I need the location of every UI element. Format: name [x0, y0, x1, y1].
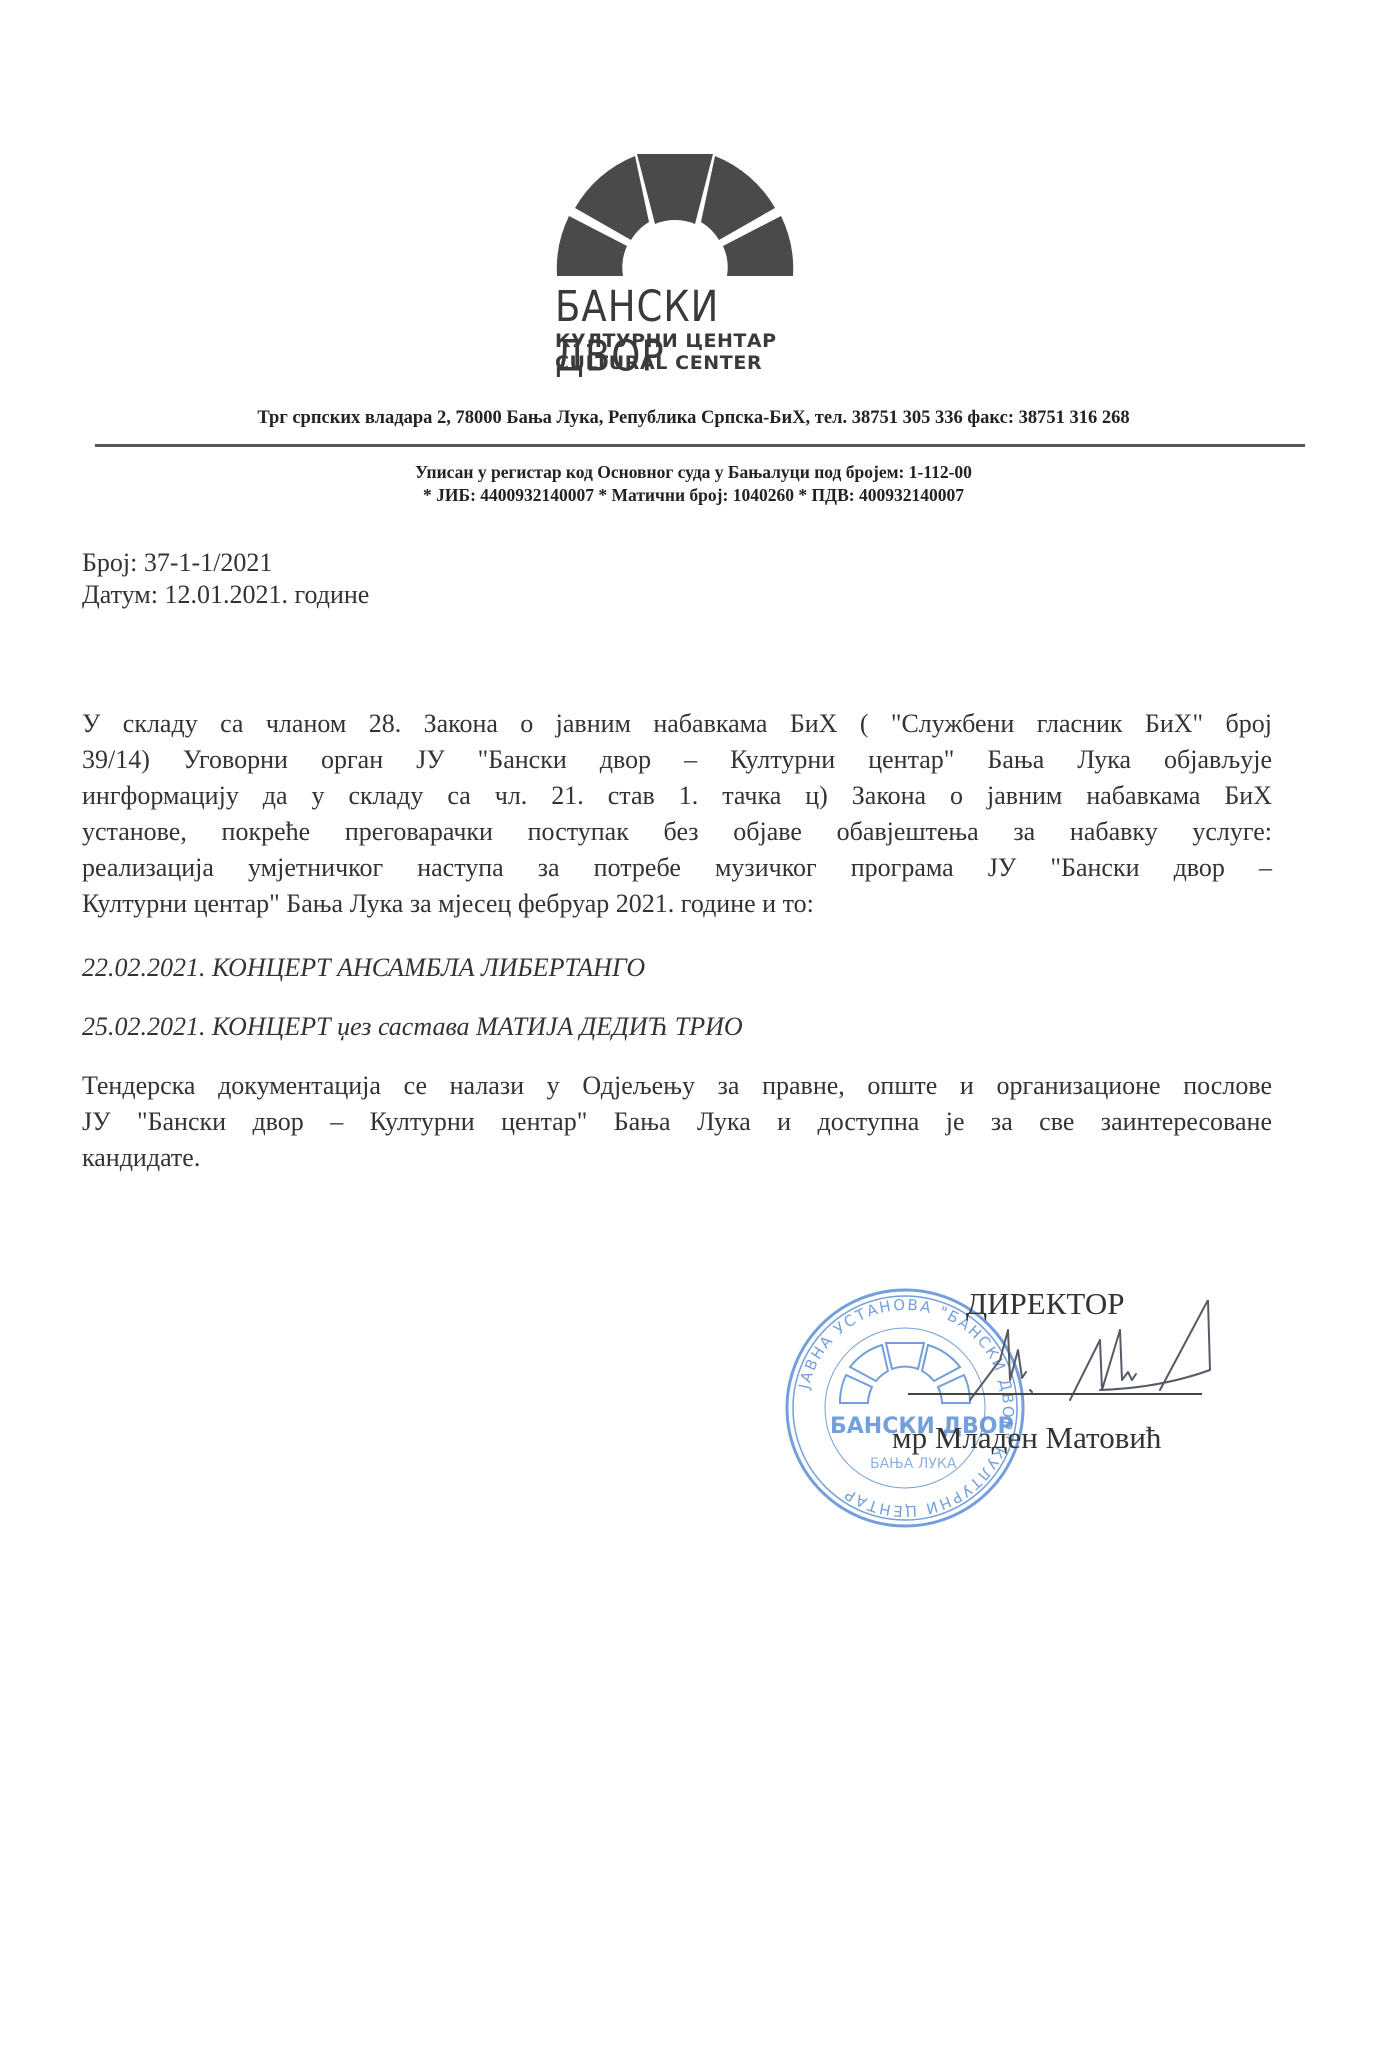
paragraph-line: реализација умјетничког наступа за потре… [82, 850, 1272, 886]
handwritten-signature [960, 1300, 1220, 1420]
registration-line-2: * ЈИБ: 4400932140007 * Матични број: 104… [0, 485, 1387, 506]
header-divider [95, 444, 1305, 447]
concert-item: 25.02.2021. КОНЦЕРТ џез састава МАТИЈА Д… [82, 1012, 743, 1042]
paragraph-line: У складу са чланом 28. Закона о јавним н… [82, 706, 1272, 742]
paragraph-line: ингформацију да у складу са чл. 21. став… [82, 778, 1272, 814]
logo-subtitle-cyrillic: КУЛТУРНИ ЦЕНТАР [555, 330, 777, 352]
header-address: Трг српских владара 2, 78000 Бања Лука, … [0, 408, 1387, 429]
paragraph-line: ЈУ "Бански двор – Културни центар" Бања … [82, 1104, 1272, 1140]
signature-line [908, 1393, 1202, 1395]
document-number: Број: 37-1-1/2021 [82, 548, 272, 578]
concert-item: 22.02.2021. КОНЦЕРТ АНСАМБЛА ЛИБЕРТАНГО [82, 953, 645, 983]
body-paragraph-1: У складу са чланом 28. Закона о јавним н… [82, 706, 1272, 922]
paragraph-line: 39/14) Уговорни орган ЈУ "Бански двор – … [82, 742, 1272, 778]
paragraph-line: установе, покреће преговарачки поступак … [82, 814, 1272, 850]
paragraph-line: Тендерска документација се налази у Одје… [82, 1068, 1272, 1104]
svg-text:БАЊА ЛУКА: БАЊА ЛУКА [870, 1456, 957, 1472]
paragraph-line: Културни центар" Бања Лука за мјесец феб… [82, 886, 1272, 922]
logo-subtitle-latin: CULTURAL CENTER [555, 352, 762, 374]
body-paragraph-2: Тендерска документација се налази у Одје… [82, 1068, 1272, 1176]
signature-scribble-icon [960, 1300, 1220, 1420]
organization-logo: БАНСКИ ДВОР КУЛТУРНИ ЦЕНТАР CULTURAL CEN… [555, 142, 795, 372]
arch-logo-icon [555, 142, 795, 282]
signatory-name: мр Младен Матовић [892, 1420, 1161, 1456]
registration-line-1: Уписан у регистар код Основног суда у Ба… [0, 462, 1387, 483]
paragraph-line: кандидате. [82, 1140, 1272, 1176]
document-date: Датум: 12.01.2021. године [82, 580, 369, 610]
